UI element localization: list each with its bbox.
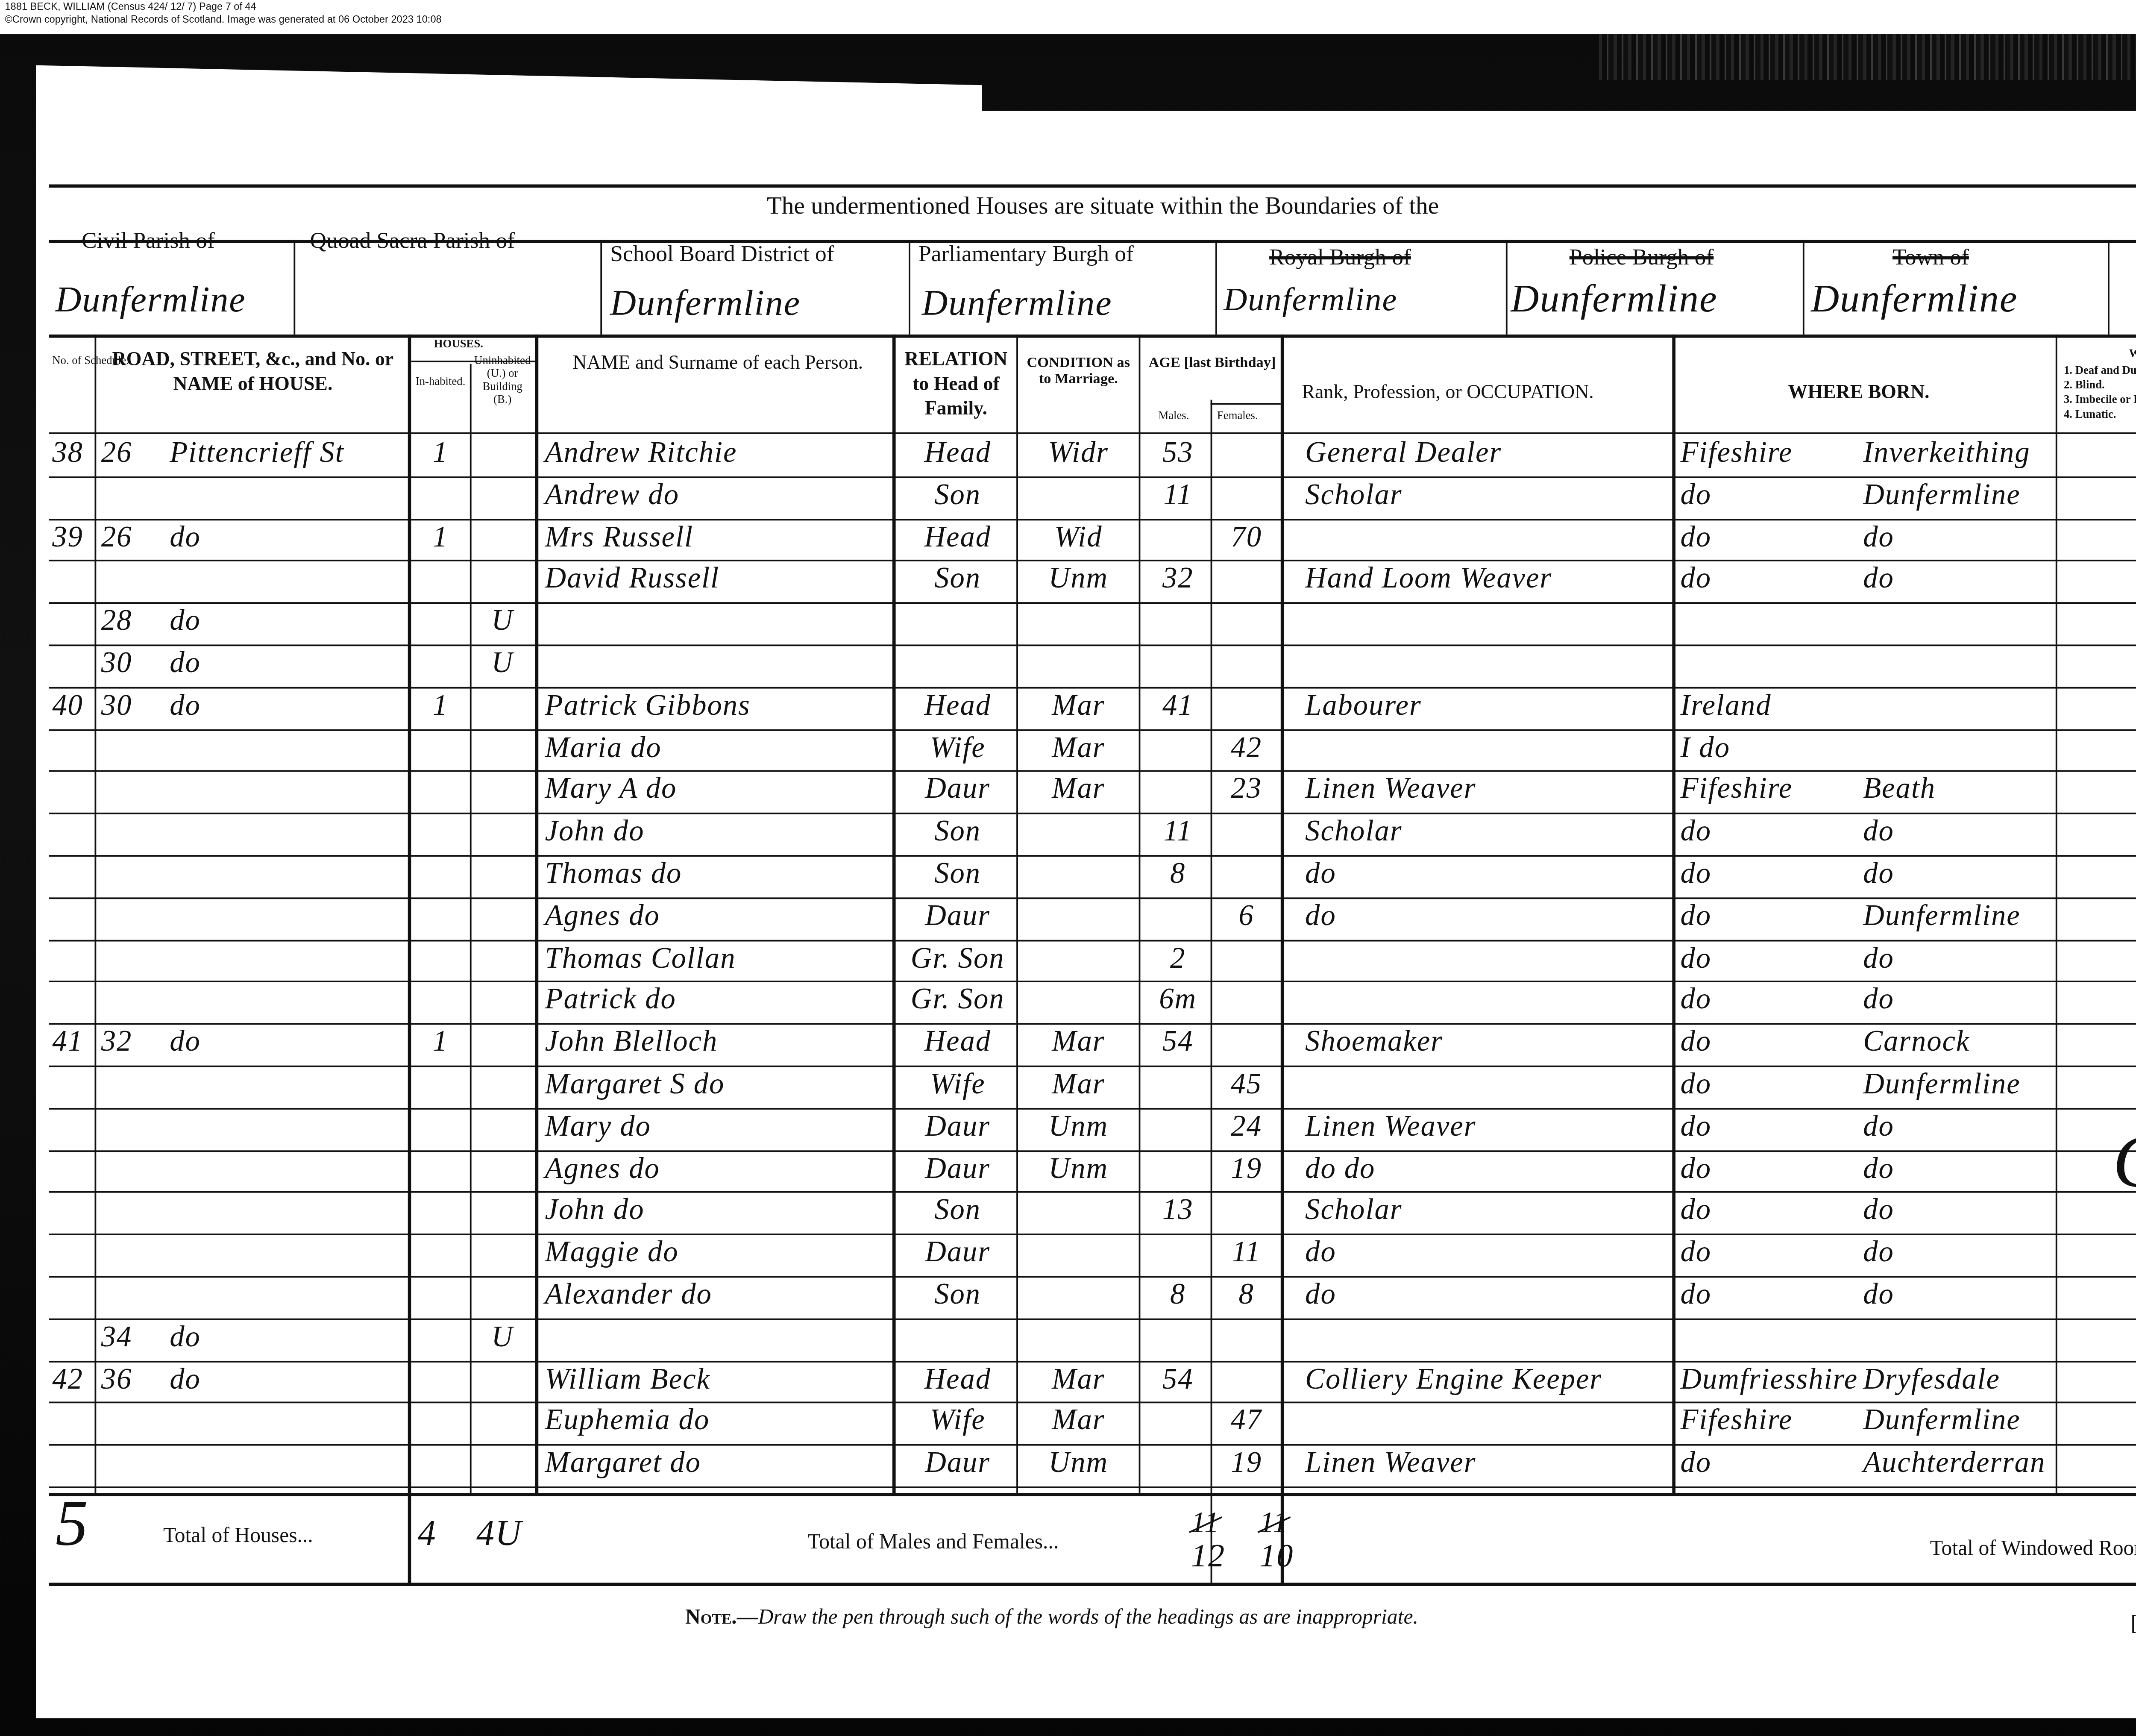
birth-county: do — [1680, 1446, 1860, 1480]
occupation: Hand Loom Weaver — [1305, 562, 1667, 596]
male-age: 54 — [1145, 1362, 1211, 1396]
street-name: do — [170, 1025, 398, 1059]
divider — [49, 335, 2136, 338]
birth-place: Carnock — [1863, 1025, 2108, 1059]
female-age: 19 — [1214, 1446, 1279, 1480]
marital-condition: Mar — [1021, 1362, 1135, 1396]
whether-item: 2. Blind. — [2064, 379, 2105, 392]
birth-county: do — [1680, 520, 1860, 554]
relation: Head — [901, 520, 1015, 554]
whether-item: 3. Imbecile or Idiot. — [2064, 393, 2136, 406]
divider — [600, 240, 602, 334]
birth-place: Dunfermline — [1863, 899, 2108, 933]
form-note: Note.—Draw the pen through such of the w… — [685, 1604, 1418, 1630]
street-name: do — [170, 520, 398, 554]
birth-county: Ireland — [1680, 688, 1860, 723]
house-number: 28 — [101, 604, 167, 638]
col-header-where-born: WHERE BORN. — [1788, 380, 1930, 405]
scan-edge-noise — [1599, 34, 2136, 80]
occupation: Labourer — [1305, 688, 1667, 723]
inhabited-count: 1 — [414, 520, 467, 554]
occupation: Linen Weaver — [1305, 1109, 1667, 1143]
male-age: 41 — [1145, 688, 1211, 723]
divider — [909, 240, 910, 334]
relation: Head — [901, 1362, 1015, 1396]
struck-value: 11 — [1191, 1506, 1220, 1540]
birth-county: do — [1680, 941, 1860, 975]
birth-place: Beath — [1863, 773, 2108, 807]
person-name: Maggie do — [545, 1236, 888, 1270]
relation: Son — [901, 562, 1015, 596]
street-name: do — [170, 1362, 398, 1396]
relation: Head — [901, 1025, 1015, 1059]
birth-place: Auchterderran — [1863, 1446, 2108, 1480]
col-line — [408, 335, 411, 1583]
birth-county: do — [1680, 1278, 1860, 1312]
birth-place: do — [1863, 857, 2108, 891]
col-header-occupation: Rank, Profession, or OCCUPATION. — [1302, 380, 1593, 405]
birth-county: Fifeshire — [1680, 773, 1860, 807]
male-age: 13 — [1145, 1193, 1211, 1228]
whether-item: 4. Lunatic. — [2064, 408, 2116, 421]
occupation: do — [1305, 1278, 1667, 1312]
person-name: Maria do — [545, 730, 888, 764]
marital-condition: Unm — [1021, 1151, 1135, 1186]
row-rule — [49, 1486, 2136, 1488]
inhabited-count: 1 — [414, 1025, 467, 1059]
relation: Gr. Son — [901, 941, 1015, 975]
district-value: Dunfermline — [610, 282, 801, 325]
uninhabited-mark: U — [473, 1320, 531, 1354]
relation: Daur — [901, 1446, 1015, 1480]
image-title: 1881 BECK, WILLIAM (Census 424/ 12/ 7) P… — [5, 2, 2136, 15]
birth-county: do — [1680, 1025, 1860, 1059]
female-age: 8 — [1214, 1278, 1279, 1312]
birth-place: do — [1863, 983, 2108, 1017]
male-age: 32 — [1145, 562, 1211, 596]
birth-place: Dunfermline — [1863, 478, 2108, 512]
female-age: 45 — [1214, 1067, 1279, 1102]
occupation: Scholar — [1305, 478, 1667, 512]
district-label: Royal Burgh of — [1269, 247, 1411, 273]
col-line — [1281, 335, 1284, 1583]
relation: Wife — [901, 1067, 1015, 1102]
col-header-relation: RELATION to Head of Family. — [901, 347, 1012, 421]
district-label: Civil Parish of — [82, 230, 215, 256]
street-name: do — [170, 604, 398, 638]
marital-condition: Widr — [1021, 436, 1135, 470]
relation: Son — [901, 857, 1015, 891]
birth-place: Dunfermline — [1863, 1067, 2108, 1102]
divider — [1506, 240, 1508, 334]
male-age: 6m — [1145, 983, 1211, 1017]
district-value: Dunfermline — [1811, 279, 2018, 323]
whether-title: Whether — [2129, 347, 2136, 361]
birth-county: do — [1680, 1236, 1860, 1270]
street-name: do — [170, 1320, 398, 1354]
relation: Wife — [901, 730, 1015, 764]
relation: Daur — [901, 899, 1015, 933]
marital-condition: Mar — [1021, 1404, 1135, 1438]
schedule-number: 39 — [52, 520, 94, 554]
birth-county: Fifeshire — [1680, 436, 1860, 470]
birth-county: do — [1680, 814, 1860, 849]
occupation: do — [1305, 899, 1667, 933]
birth-county: do — [1680, 983, 1860, 1017]
person-name: Mary A do — [545, 773, 888, 807]
occupation: Colliery Engine Keeper — [1305, 1362, 1667, 1396]
relation: Head — [901, 688, 1015, 723]
relation: Daur — [901, 1151, 1015, 1186]
person-name: Margaret do — [545, 1446, 888, 1480]
note-prefix: Note.— — [685, 1604, 758, 1628]
district-label: Town of — [1892, 247, 1969, 273]
total-persons-label: Total of Males and Females... — [807, 1529, 1059, 1555]
person-name: John do — [545, 814, 888, 849]
district-value: Dunfermline — [922, 282, 1112, 325]
col-header-houses: HOUSES. — [434, 338, 483, 351]
col-header-inhabited: In-habited. — [414, 375, 467, 388]
district-label: School Board District of — [610, 243, 834, 269]
birth-place: do — [1863, 1236, 2108, 1270]
col-line — [470, 364, 472, 1493]
occupation: do — [1305, 1236, 1667, 1270]
marital-condition: Mar — [1021, 773, 1135, 807]
col-header-females: Females. — [1217, 410, 1258, 423]
person-name: Thomas Collan — [545, 941, 888, 975]
relation: Son — [901, 1278, 1015, 1312]
inhabited-count: 1 — [414, 688, 467, 723]
birth-county: do — [1680, 1067, 1860, 1102]
birth-county: do — [1680, 562, 1860, 596]
marital-condition: Wid — [1021, 520, 1135, 554]
divider — [49, 1583, 2136, 1586]
person-name: Patrick do — [545, 983, 888, 1017]
relation: Daur — [901, 1236, 1015, 1270]
col-header-age: AGE [last Birthday] — [1145, 354, 1279, 370]
divider — [1215, 240, 1217, 334]
marital-condition: Unm — [1021, 562, 1135, 596]
total-males: 12 — [1191, 1539, 1225, 1576]
marital-condition: Unm — [1021, 1109, 1135, 1143]
district-value: Dunfermline — [1224, 282, 1397, 320]
person-name: Alexander do — [545, 1278, 888, 1312]
schedule-number: 40 — [52, 688, 94, 723]
birth-county: Dumfriesshire — [1680, 1362, 1860, 1396]
whether-item: 1. Deaf and Dumb. — [2064, 364, 2136, 377]
marital-condition: Mar — [1021, 688, 1135, 723]
birth-place: do — [1863, 1278, 2108, 1312]
col-header-name: NAME and Surname of each Person. — [555, 351, 881, 375]
male-age: 2 — [1145, 941, 1211, 975]
male-age: 11 — [1145, 478, 1211, 512]
viewer-caption: 1881 BECK, WILLIAM (Census 424/ 12/ 7) P… — [0, 0, 2136, 34]
occupation: Shoemaker — [1305, 1025, 1667, 1059]
person-name: David Russell — [545, 562, 888, 596]
birth-place: do — [1863, 1151, 2108, 1186]
relation: Daur — [901, 1109, 1015, 1143]
col-header-condition: CONDITION as to Marriage. — [1021, 354, 1135, 387]
street-name: do — [170, 646, 398, 680]
birth-place: Dunfermline — [1863, 1404, 2108, 1438]
birth-county: do — [1680, 1109, 1860, 1143]
occupation: Linen Weaver — [1305, 1446, 1667, 1480]
struck-value: 11 — [1259, 1506, 1288, 1540]
total-females-struck: 11 — [1259, 1506, 1288, 1540]
person-name: Agnes do — [545, 1151, 888, 1186]
occupation: General Dealer — [1305, 436, 1667, 470]
person-name: William Beck — [545, 1362, 888, 1396]
district-label: Parliamentary Burgh of — [918, 243, 1134, 269]
divider — [49, 432, 2136, 434]
whether-annotation: GJB — [2113, 1118, 2136, 1204]
birth-county: do — [1680, 899, 1860, 933]
inhabited-count: 1 — [414, 436, 467, 470]
copyright-notice: ©Crown copyright, National Records of Sc… — [5, 15, 2136, 28]
marital-condition: Mar — [1021, 730, 1135, 764]
house-number: 30 — [101, 646, 167, 680]
person-name: Patrick Gibbons — [545, 688, 888, 723]
total-schedules: 5 — [56, 1485, 89, 1561]
uninhabited-mark: U — [473, 646, 531, 680]
district-value: Dunfermline — [1511, 279, 1717, 323]
street-name: Pittencrieff St — [170, 436, 398, 470]
person-name: Margaret S do — [545, 1067, 888, 1102]
birth-place: do — [1863, 1109, 2108, 1143]
divider — [293, 240, 295, 334]
birth-county: Fifeshire — [1680, 1404, 1860, 1438]
birth-place: do — [1863, 941, 2108, 975]
birth-county: do — [1680, 1151, 1860, 1186]
schedule-number: 41 — [52, 1025, 94, 1059]
female-age: 11 — [1214, 1236, 1279, 1270]
col-header-males: Males. — [1158, 410, 1189, 423]
birth-place: Inverkeithing — [1863, 436, 2108, 470]
person-name: Andrew do — [545, 478, 888, 512]
female-age: 24 — [1214, 1109, 1279, 1143]
district-label: Police Burgh of — [1570, 247, 1714, 273]
occupation: do do — [1305, 1151, 1667, 1186]
person-name: Mrs Russell — [545, 520, 888, 554]
birth-place: do — [1863, 520, 2108, 554]
total-uninhabited: 4U — [476, 1513, 522, 1555]
male-age: 54 — [1145, 1025, 1211, 1059]
census-form: The undermentioned Houses are situate wi… — [49, 171, 2136, 1599]
occupation: Scholar — [1305, 1193, 1667, 1228]
sheet-label: [Scot.—Sheet E. — [2130, 1610, 2136, 1636]
person-name: Andrew Ritchie — [545, 436, 888, 470]
divider — [1803, 240, 1804, 334]
col-line — [1211, 400, 1212, 1583]
divider — [1211, 403, 1281, 405]
house-number: 36 — [101, 1362, 167, 1396]
person-name: Mary do — [545, 1109, 888, 1143]
marital-condition: Mar — [1021, 1025, 1135, 1059]
schedule-number: 42 — [52, 1362, 94, 1396]
female-age: 23 — [1214, 773, 1279, 807]
relation: Gr. Son — [901, 983, 1015, 1017]
house-number: 26 — [101, 436, 167, 470]
total-females: 10 — [1259, 1539, 1294, 1576]
occupation: Scholar — [1305, 814, 1667, 849]
person-name: John do — [545, 1193, 888, 1228]
female-age: 47 — [1214, 1404, 1279, 1438]
male-age: 53 — [1145, 436, 1211, 470]
birth-place: do — [1863, 562, 2108, 596]
birth-place: do — [1863, 814, 2108, 849]
house-number: 32 — [101, 1025, 167, 1059]
col-header-address: ROAD, STREET, &c., and No. or NAME of HO… — [101, 347, 405, 397]
note-text: Draw the pen through such of the words o… — [758, 1604, 1418, 1628]
total-rooms-label: Total of Windowed Rooms... — [1930, 1536, 2136, 1562]
house-number: 34 — [101, 1320, 167, 1354]
divider — [49, 1493, 2136, 1496]
female-age: 42 — [1214, 730, 1279, 764]
male-age: 8 — [1145, 857, 1211, 891]
relation: Son — [901, 814, 1015, 849]
marital-condition: Unm — [1021, 1446, 1135, 1480]
occupation: do — [1305, 857, 1667, 891]
district-value: Dunfermline — [56, 279, 246, 321]
relation: Son — [901, 1193, 1015, 1228]
street-name: do — [170, 688, 398, 723]
male-age: 8 — [1145, 1278, 1211, 1312]
birth-place: Dryfesdale — [1863, 1362, 2108, 1396]
total-males-struck: 11 — [1191, 1506, 1220, 1540]
person-name: Agnes do — [545, 899, 888, 933]
total-houses-label: Total of Houses... — [163, 1522, 313, 1548]
relation: Son — [901, 478, 1015, 512]
house-number: 30 — [101, 688, 167, 723]
person-name: John Blelloch — [545, 1025, 888, 1059]
person-name: Thomas do — [545, 857, 888, 891]
district-label: Quoad Sacra Parish of — [310, 230, 515, 256]
birth-county: do — [1680, 478, 1860, 512]
female-age: 19 — [1214, 1151, 1279, 1186]
birth-place: do — [1863, 1193, 2108, 1228]
female-age: 6 — [1214, 899, 1279, 933]
birth-county: do — [1680, 1193, 1860, 1228]
marital-condition: Mar — [1021, 1067, 1135, 1102]
relation: Head — [901, 436, 1015, 470]
form-intro: The undermentioned Houses are situate wi… — [767, 194, 1439, 222]
person-name: Euphemia do — [545, 1404, 888, 1438]
house-number: 26 — [101, 520, 167, 554]
divider — [2108, 240, 2110, 334]
birth-county: I do — [1680, 730, 1860, 764]
relation: Daur — [901, 773, 1015, 807]
birth-county: do — [1680, 857, 1860, 891]
occupation: Linen Weaver — [1305, 773, 1667, 807]
relation: Wife — [901, 1404, 1015, 1438]
total-inhabited: 4 — [418, 1513, 437, 1555]
uninhabited-mark: U — [473, 604, 531, 638]
divider — [411, 361, 535, 362]
census-viewer: 1881 BECK, WILLIAM (Census 424/ 12/ 7) P… — [0, 0, 2136, 1736]
female-age: 70 — [1214, 520, 1279, 554]
schedule-number: 38 — [52, 436, 94, 470]
male-age: 11 — [1145, 814, 1211, 849]
